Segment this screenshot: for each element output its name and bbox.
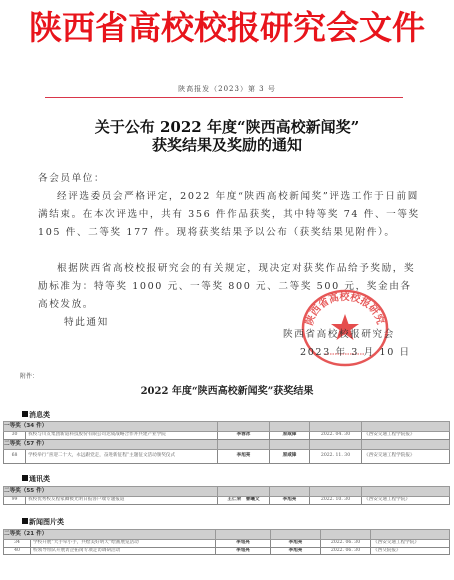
entry-number: 34: [4, 540, 31, 548]
entry-number: 40: [4, 547, 31, 555]
grade-row: 二等奖（55 件）: [4, 487, 450, 497]
entry-publication: 《西安交通工程学院》: [362, 497, 450, 505]
entry-publication: 《西安交通工程学院报》: [362, 432, 450, 440]
entry-title: 我校与川友集团新道科技股份有限公司达成战略合作并共建产业学院: [26, 432, 218, 440]
awards-table-photo: 二等奖（21 件） 34 学校开展“大手牵小手，共绘美好明天”绘画展览活动 李旭…: [3, 529, 450, 555]
entry-author: 王仁荣 曹曦文: [218, 497, 270, 505]
table-row: 30 我校与川友集团新道科技股份有限公司达成战略合作并共建产业学院 李蓉冰 原咸…: [4, 432, 450, 440]
entry-editor: 原咸锋: [270, 449, 310, 463]
entry-publication: 《西交院报》: [371, 547, 450, 555]
entry-editor: 李旭亮: [270, 497, 310, 505]
grade-row: 一等奖（34 件）: [4, 422, 450, 432]
entry-author: 李旭亮: [216, 540, 271, 548]
category-name: 消息类: [29, 411, 50, 419]
entry-number: 68: [4, 449, 26, 463]
grade-label: 一等奖（34 件）: [4, 422, 218, 432]
grade-row: 二等奖（57 件）: [4, 439, 450, 449]
red-divider: [45, 97, 403, 98]
table-row: 34 学校开展“大手牵小手，共绘美好明天”绘画展览活动 李旭亮 李旭亮 2022…: [4, 540, 450, 548]
masthead-title: 陕西省高校校报研究会文件: [0, 8, 454, 48]
grade-label: 二等奖（21 件）: [4, 530, 216, 540]
table-row: 68 学校举行“喜迎二十大，永远跟党走，奋进新征程”主题征文活动颁奖仪式 李旭亮…: [4, 449, 450, 463]
entry-number: 99: [4, 497, 26, 505]
category-heading-feature: 通讯类: [22, 474, 50, 484]
document-number: 陕高报发（2023）第 3 号: [0, 84, 454, 94]
square-bullet-icon: [22, 411, 28, 417]
category-name: 新闻图片类: [29, 518, 64, 526]
category-heading-photo: 新闻图片类: [22, 517, 64, 527]
salutation: 各会员单位：: [38, 170, 420, 188]
signature-organization: 陕西省高校校报研究会: [283, 326, 395, 340]
awards-table-feature: 二等奖（55 件） 99 我校优秀校友程家卿被光明日报客户端专题报道 王仁荣 曹…: [3, 486, 450, 505]
paragraph-results: 经评选委员会严格评定，2022 年度“陕西高校新闻奖”评选工作于日前圆满结束。在…: [38, 188, 420, 242]
entry-date: 2022. 11. 30: [310, 449, 362, 463]
entry-editor: 原咸锋: [270, 432, 310, 440]
square-bullet-icon: [22, 475, 28, 481]
entry-editor: 李旭亮: [271, 547, 321, 555]
entry-editor: 李旭亮: [271, 540, 321, 548]
square-bullet-icon: [22, 518, 28, 524]
table-row: 40 校领导带队开展访企拓岗专项走访调研活动 李旭亮 李旭亮 2022. 06.…: [4, 547, 450, 555]
signature-date: 2023 年 3 月 10 日: [300, 344, 411, 358]
attachment-label: 附件：: [20, 371, 38, 380]
grade-label: 二等奖（57 件）: [4, 439, 218, 449]
entry-title: 我校优秀校友程家卿被光明日报客户端专题报道: [26, 497, 218, 505]
entry-author: 李旭亮: [216, 547, 271, 555]
grade-label: 二等奖（55 件）: [4, 487, 218, 497]
notice-title-line2: 获奖结果及奖励的通知: [0, 136, 454, 154]
category-name: 通讯类: [29, 475, 50, 483]
table-row: 99 我校优秀校友程家卿被光明日报客户端专题报道 王仁荣 曹曦文 李旭亮 202…: [4, 497, 450, 505]
entry-date: 2022. 06. 30: [321, 540, 371, 548]
entry-author: 李旭亮: [218, 449, 270, 463]
entry-title: 学校开展“大手牵小手，共绘美好明天”绘画展览活动: [31, 540, 216, 548]
notice-title: 关于公布 2022 年度“陕西高校新闻奖” 获奖结果及奖励的通知: [0, 118, 454, 154]
entry-publication: 《西安交通工程学院报》: [362, 449, 450, 463]
entry-date: 2022. 04. 30: [310, 432, 362, 440]
entry-date: 2022. 06. 30: [321, 547, 371, 555]
entry-title: 学校举行“喜迎二十大，永远跟党走，奋进新征程”主题征文活动颁奖仪式: [26, 449, 218, 463]
entry-number: 30: [4, 432, 26, 440]
attachment-title: 2022 年度“陕西高校新闻奖”获奖结果: [0, 382, 454, 397]
awards-table-news: 一等奖（34 件） 30 我校与川友集团新道科技股份有限公司达成战略合作并共建产…: [3, 421, 450, 464]
entry-title: 校领导带队开展访企拓岗专项走访调研活动: [31, 547, 216, 555]
notice-title-line1: 关于公布 2022 年度“陕西高校新闻奖”: [0, 118, 454, 136]
entry-date: 2022. 10. 30: [310, 497, 362, 505]
entry-publication: 《西安交通工程学院》: [371, 540, 450, 548]
category-heading-news: 消息类: [22, 410, 50, 420]
entry-author: 李蓉冰: [218, 432, 270, 440]
grade-row: 二等奖（21 件）: [4, 530, 450, 540]
